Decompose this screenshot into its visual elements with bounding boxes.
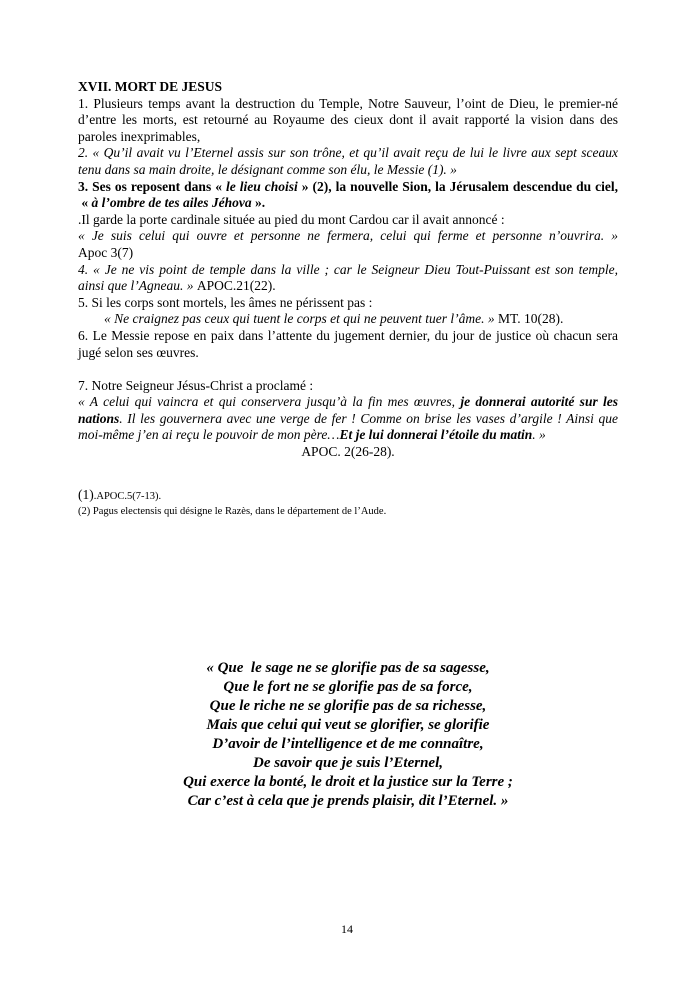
poem-line-6: De savoir que je suis l’Eternel, bbox=[78, 754, 618, 773]
paragraph-3-quote-1: le lieu choisi bbox=[226, 179, 298, 194]
footnote-1: (1).APOC.5(7-13). bbox=[78, 487, 618, 505]
paragraph-10-bold-2: Et je lui donnerai l’étoile du matin bbox=[339, 427, 532, 442]
paragraph-3-text-3: ». bbox=[252, 195, 266, 210]
section-title: XVII. MORT DE JESUS bbox=[78, 79, 618, 96]
paragraph-3-text: 3. Ses os reposent dans « bbox=[78, 179, 226, 194]
paragraph-6: 4. « Je ne vis point de temple dans la v… bbox=[78, 262, 618, 295]
paragraph-6-reference: APOC.21(22). bbox=[197, 278, 276, 293]
poem-block: « Que le sage ne se glorifie pas de sa s… bbox=[78, 659, 618, 811]
paragraph-4: .Il garde la porte cardinale située au p… bbox=[78, 212, 618, 229]
paragraph-5-quote: « Je suis celui qui ouvre et personne ne… bbox=[78, 228, 618, 245]
paragraph-7-quote-line: « Ne craignez pas ceux qui tuent le corp… bbox=[78, 311, 618, 328]
paragraph-10-text-3: . » bbox=[532, 427, 546, 442]
footnote-1-text: .APOC.5(7-13). bbox=[94, 491, 161, 502]
paragraph-10-text: « A celui qui vaincra et qui conservera … bbox=[78, 394, 460, 409]
paragraph-3: 3. Ses os reposent dans « le lieu choisi… bbox=[78, 179, 618, 212]
poem-line-7: Qui exerce la bonté, le droit et la just… bbox=[78, 773, 618, 792]
document-content: XVII. MORT DE JESUS 1. Plusieurs temps a… bbox=[78, 79, 618, 811]
paragraph-2-quote: 2. « Qu’il avait vu l’Eternel assis sur … bbox=[78, 145, 618, 178]
poem-line-8: Car c’est à cela que je prends plaisir, … bbox=[78, 792, 618, 811]
paragraph-10: « A celui qui vaincra et qui conservera … bbox=[78, 394, 618, 444]
paragraph-8: 6. Le Messie repose en paix dans l’atten… bbox=[78, 328, 618, 361]
paragraph-9: 7. Notre Seigneur Jésus-Christ a proclam… bbox=[78, 378, 618, 395]
paragraph-7: 5. Si les corps sont mortels, les âmes n… bbox=[78, 295, 618, 312]
paragraph-5-reference: Apoc 3(7) bbox=[78, 245, 618, 262]
document-page: XVII. MORT DE JESUS 1. Plusieurs temps a… bbox=[0, 0, 694, 982]
page-number: 14 bbox=[0, 922, 694, 937]
footnotes: (1).APOC.5(7-13). (2) Pagus electensis q… bbox=[78, 487, 618, 520]
footnote-2: (2) Pagus electensis qui désigne le Razè… bbox=[78, 504, 618, 520]
paragraph-7-reference: MT. 10(28). bbox=[498, 311, 563, 326]
paragraph-1: 1. Plusieurs temps avant la destruction … bbox=[78, 96, 618, 146]
paragraph-7-quote: « Ne craignez pas ceux qui tuent le corp… bbox=[104, 311, 498, 326]
paragraph-6-quote: 4. « Je ne vis point de temple dans la v… bbox=[78, 262, 618, 294]
footnote-1-marker: (1) bbox=[78, 487, 94, 502]
paragraph-10-reference: APOC. 2(26-28). bbox=[78, 444, 618, 461]
poem-line-3: Que le riche ne se glorifie pas de sa ri… bbox=[78, 697, 618, 716]
poem-line-2: Que le fort ne se glorifie pas de sa for… bbox=[78, 678, 618, 697]
paragraph-3-quote-2: à l’ombre de tes ailes Jéhova bbox=[92, 195, 252, 210]
poem-line-5: D’avoir de l’intelligence et de me conna… bbox=[78, 735, 618, 754]
poem-line-1: « Que le sage ne se glorifie pas de sa s… bbox=[78, 659, 618, 678]
poem-line-4: Mais que celui qui veut se glorifier, se… bbox=[78, 716, 618, 735]
